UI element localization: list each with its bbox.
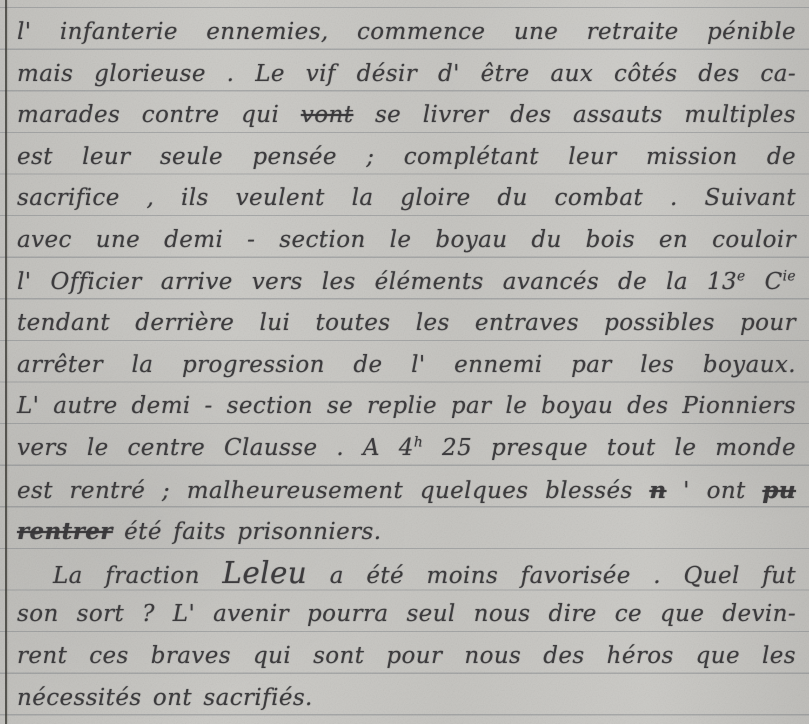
text-segment: sacrifice , ils veulent la gloire du com… [17,185,796,211]
text-segment: tendant derrière lui toutes les entraves… [17,310,796,336]
text-segment: ' ont [667,478,763,504]
superscript: e [737,268,746,284]
manuscript-line: est leur seule pensée ; complétant leur … [17,137,796,179]
text-segment: Leleu [222,556,307,590]
manuscript-line: arrêter la progression de l' ennemi par … [17,345,796,387]
manuscript-line: nécessités ont sacrifiés. [17,678,796,720]
text-segment: son sort ? L' avenir pourra seul nous di… [17,601,796,627]
manuscript-line: La fraction Leleu a été moins favorisée … [17,553,796,595]
manuscript-line: vers le centre Clausse . A 4h 25 presque… [17,428,796,470]
text-segment: rent ces braves qui sont pour nous des h… [17,643,796,669]
manuscript-line: sacrifice , ils veulent la gloire du com… [17,178,796,220]
superscript: h [414,434,423,450]
struck-word: rentrer [17,518,113,545]
text-segment: est leur seule pensée ; complétant leur … [17,144,796,170]
handwritten-text: l' infanterie ennemies, commence une ret… [17,12,796,719]
manuscript-line: l' Officier arrive vers les éléments ava… [17,262,796,304]
manuscript-line: avec une demi - section le boyau du bois… [17,220,796,262]
text-segment: été faits prisonniers. [113,519,382,545]
struck-word: pu [762,477,796,504]
manuscript-line: rent ces braves qui sont pour nous des h… [17,636,796,678]
struck-word: n [649,477,666,504]
left-margin-line [5,0,7,724]
manuscript-line: l' infanterie ennemies, commence une ret… [17,12,796,54]
text-segment: L' autre demi - section se replie par le… [17,393,796,419]
text-segment: 25 presque tout le monde [423,435,796,461]
manuscript-line: est rentré ; malheureusement quelques bl… [17,470,796,512]
manuscript-line: marades contre qui vont se livrer des as… [17,95,796,137]
text-segment: mais glorieuse . Le vif désir d' être au… [17,61,796,87]
manuscript-line: rentrer été faits prisonniers. [17,511,796,553]
manuscript-line: tendant derrière lui toutes les entraves… [17,303,796,345]
text-segment: marades contre qui [17,102,301,128]
text-segment: C [746,269,783,295]
text-segment: l' infanterie ennemies, commence une ret… [17,19,796,45]
manuscript-line: son sort ? L' avenir pourra seul nous di… [17,594,796,636]
text-segment: se livrer des assauts multiples [353,102,796,128]
manuscript-page: l' infanterie ennemies, commence une ret… [0,0,809,724]
superscript: ie [783,268,796,284]
struck-word: vont [301,102,354,128]
text-segment: nécessités ont sacrifiés. [17,685,313,711]
text-segment: arrêter la progression de l' ennemi par … [17,352,796,378]
text-segment: avec une demi - section le boyau du bois… [17,227,796,253]
text-segment: l' Officier arrive vers les éléments ava… [17,269,737,295]
manuscript-line: L' autre demi - section se replie par le… [17,386,796,428]
manuscript-line: mais glorieuse . Le vif désir d' être au… [17,54,796,96]
text-segment: est rentré ; malheureusement quelques bl… [17,478,649,504]
text-segment: a été moins favorisée . Quel fut [307,563,796,589]
text-segment: vers le centre Clausse . A 4 [17,435,414,461]
text-segment: La fraction [53,563,222,589]
